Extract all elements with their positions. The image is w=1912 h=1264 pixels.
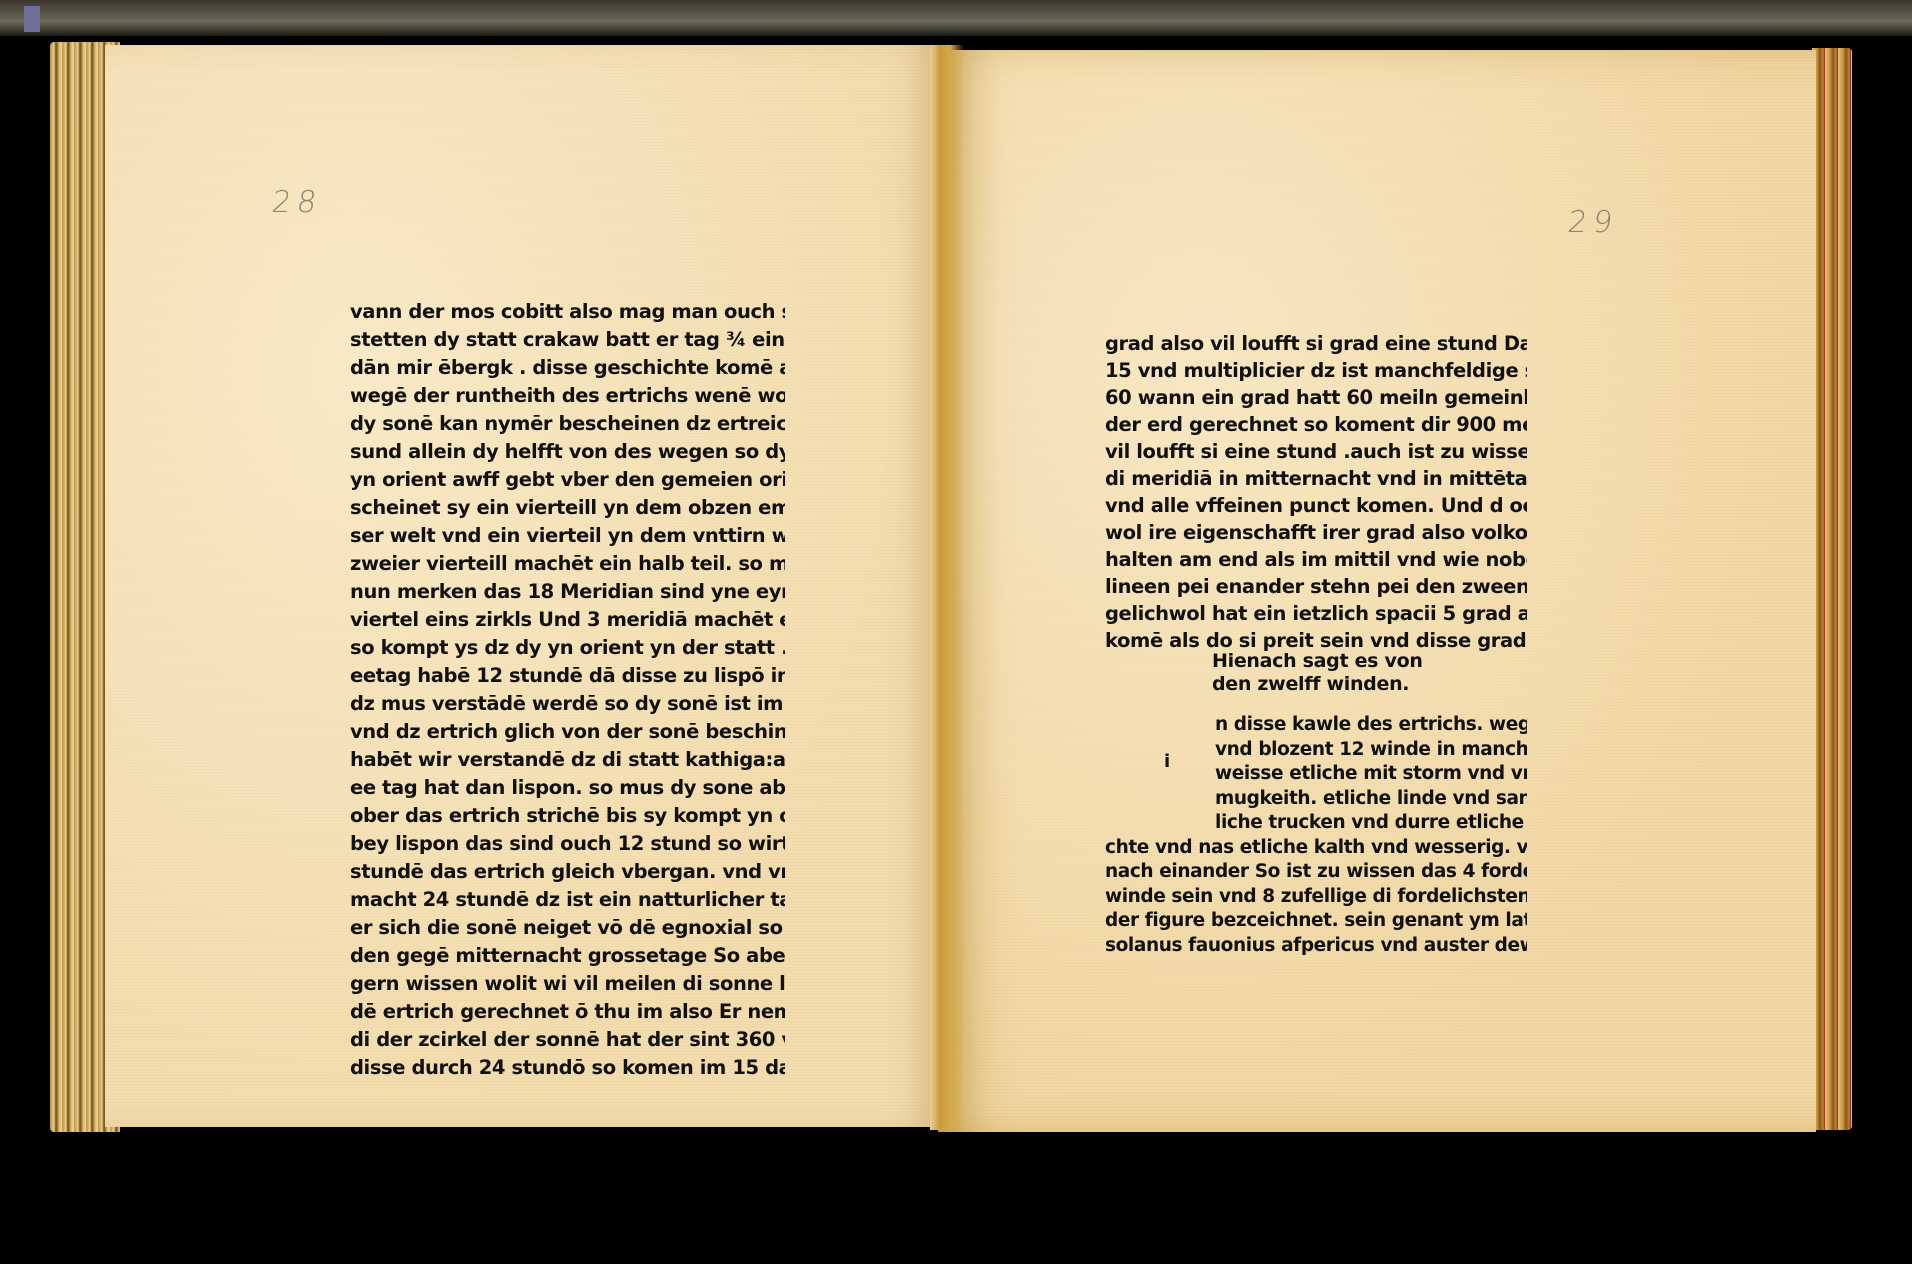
text-line: ser welt vnd ein vierteil yn dem vnttirn…: [350, 522, 785, 550]
text-line: vnd dz ertrich glich von der sonē beschi…: [350, 718, 785, 746]
text-line: so kompt ys dz dy yn orient yn der statt…: [350, 634, 785, 662]
text-line: zweier vierteill machēt ein halb teil. s…: [350, 550, 785, 578]
text-line: eetag habē 12 stundē dā disse zu lispō i…: [350, 662, 785, 690]
text-line: habēt wir verstandē dz di statt kathiga:…: [350, 746, 785, 774]
text-line: vann der mos cobitt also mag man ouch sa…: [350, 298, 785, 326]
text-line: viertel eins zirkls Und 3 meridiā machēt…: [350, 606, 785, 634]
text-line: den gegē mitternacht grossetage So aber …: [350, 942, 785, 970]
text-line: wegē der runtheith des ertrichs wenē wor…: [350, 382, 785, 410]
text-line: nun merken das 18 Meridian sind yne eyne…: [350, 578, 785, 606]
text-line: ee tag hat dan lispon. so mus dy sone ab…: [350, 774, 785, 802]
text-line: er sich die sonē neiget vō dē egnoxial s…: [350, 914, 785, 942]
text-line: vnd blozent 12 winde in mancherlei: [1215, 738, 1527, 763]
right-page-edges: [1812, 48, 1852, 1130]
text-line: lineen pei enander stehn pei den zweenpo…: [1105, 573, 1527, 600]
text-line: weisse etliche mit storm vnd vngestū: [1215, 762, 1527, 787]
text-line: dy sonē kan nymēr bescheinen dz ertreich…: [350, 410, 785, 438]
text-line: n disse kawle des ertrichs. wegenn: [1215, 713, 1527, 738]
text-line: mugkeith. etliche linde vnd sanffte et-: [1215, 787, 1527, 812]
text-line: dē ertrich gerechnet ō thu im also Er ne…: [350, 998, 785, 1026]
scanner-background-strip: [0, 0, 1912, 36]
text-line: gern wissen wolit wi vil meilen di sonne…: [350, 970, 785, 998]
left-page-text-block: vann der mos cobitt also mag man ouch sa…: [350, 298, 785, 1082]
text-line: vil loufft si eine stund .auch ist zu wi…: [1105, 438, 1527, 465]
text-line: dān mir ēbergk . disse geschichte komē a…: [350, 354, 785, 382]
text-line: scheinet sy ein vierteill yn dem obzen e…: [350, 494, 785, 522]
text-line: sund allein dy helfft von des wegen so d…: [350, 438, 785, 466]
text-line: 15 vnd multiplicier dz ist manchfeldige …: [1105, 357, 1527, 384]
left-page-folio-number: 28: [270, 185, 325, 220]
text-line: vnd alle vffeinen punct komen. Und d och…: [1105, 492, 1527, 519]
text-line: yn orient awff gebt vber den gemeien ori…: [350, 466, 785, 494]
text-line: grad also vil loufft si grad eine stund …: [1105, 330, 1527, 357]
text-line: halten am end als im mittil vnd wie nobe…: [1105, 546, 1527, 573]
text-line: nach einander So ist zu wissen das 4 for…: [1105, 860, 1527, 885]
text-line: der erd gerechnet so koment dir 900 meil…: [1105, 411, 1527, 438]
text-line: bey lispon das sind ouch 12 stund so wir…: [350, 830, 785, 858]
text-line: solanus fauonius afpericus vnd auster de…: [1105, 934, 1527, 959]
heading-line: Hienach sagt es von: [1212, 650, 1412, 673]
right-page-text-block-2: n disse kawle des ertrichs. wegenn vnd b…: [1105, 713, 1527, 958]
text-line: wol ire eigenschafft irer grad also volk…: [1105, 519, 1527, 546]
scanner-color-tab: [24, 6, 40, 32]
text-line: di meridiā in mitternacht vnd in mittēta…: [1105, 465, 1527, 492]
text-line: ober das ertrich strichē bis sy kompt yn…: [350, 802, 785, 830]
right-page-text-block-1: grad also vil loufft si grad eine stund …: [1105, 330, 1527, 654]
right-page-folio-number: 29: [1566, 205, 1621, 240]
heading-line: den zwelff winden.: [1212, 673, 1412, 696]
text-line: der figure bezceichnet. sein genant ym l…: [1105, 909, 1527, 934]
text-line: gelichwol hat ein ietzlich spacii 5 grad…: [1105, 600, 1527, 627]
text-line: liche trucken vnd durre etliche feu-: [1215, 811, 1527, 836]
text-line: dz mus verstādē werdē so dy sonē ist im …: [350, 690, 785, 718]
text-line: disse durch 24 stundō so komen im 15 das…: [350, 1054, 785, 1082]
book-gutter: [930, 45, 964, 1130]
text-line: chte vnd nas etliche kalth vnd wesserig.…: [1105, 836, 1527, 861]
text-line: stetten dy statt crakaw batt er tag ¾ ei…: [350, 326, 785, 354]
text-line: 60 wann ein grad hatt 60 meiln gemeinlic…: [1105, 384, 1527, 411]
text-line: winde sein vnd 8 zufellige di fordelichs…: [1105, 885, 1527, 910]
chapter-heading: Hienach sagt es von den zwelff winden.: [1212, 650, 1412, 696]
text-line: stundē das ertrich gleich vbergan. vnd v…: [350, 858, 785, 886]
text-line: di der zcirkel der sonnē hat der sint 36…: [350, 1026, 785, 1054]
text-line: macht 24 stundē dz ist ein natturlicher …: [350, 886, 785, 914]
